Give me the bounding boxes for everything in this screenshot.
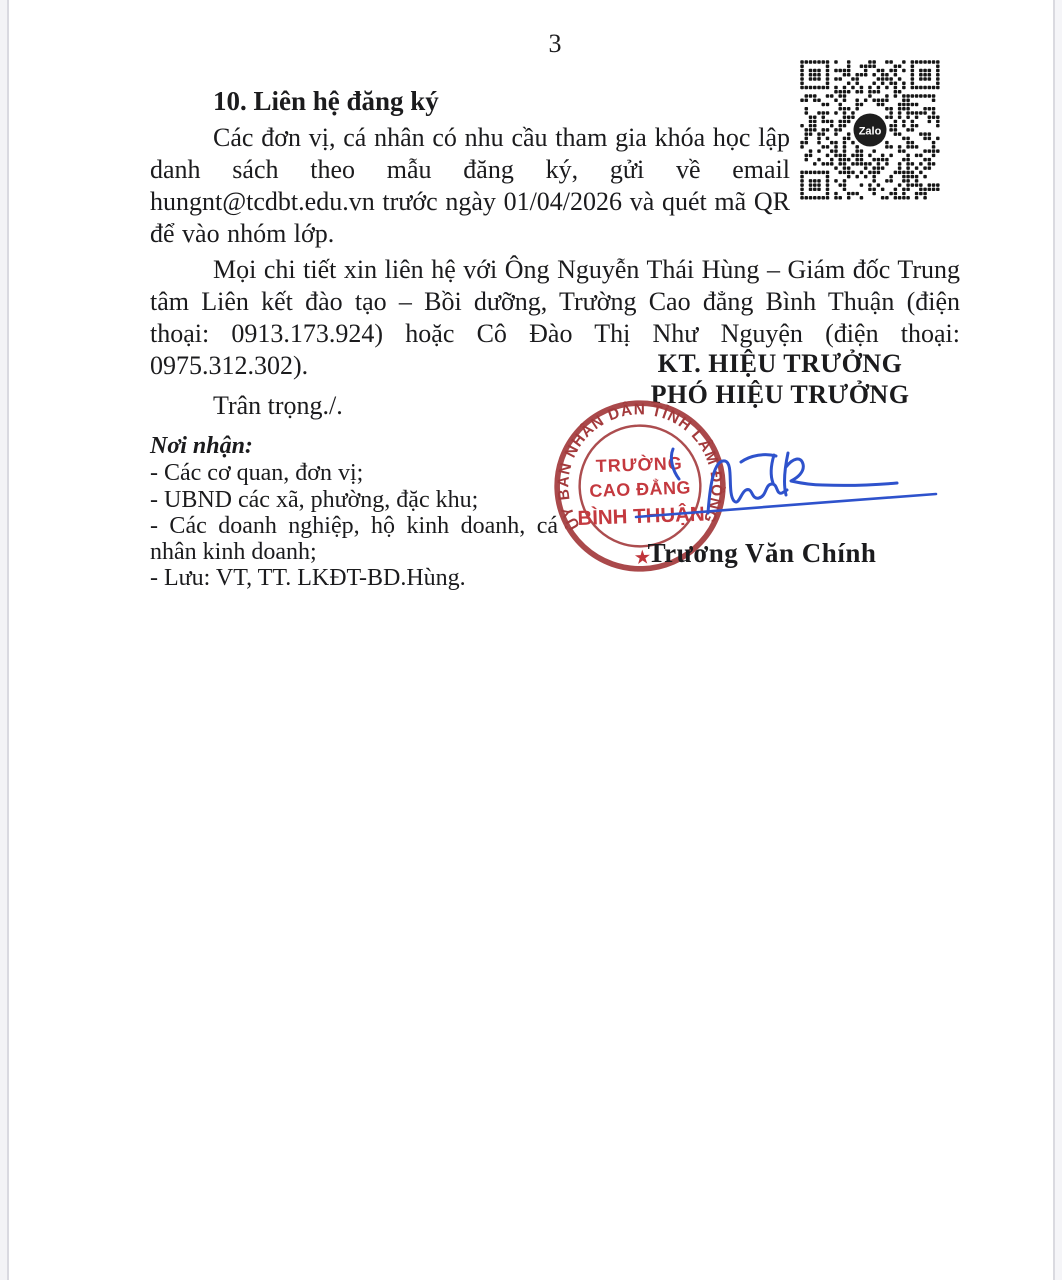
recipient-item: - UBND các xã, phường, đặc khu; [150,488,558,514]
scan-edge-right [1053,0,1062,1280]
recipients-label: Nơi nhận: [150,432,558,460]
signature-underline [636,494,936,517]
signature-stroke [741,455,776,462]
recipient-item: - Các cơ quan, đơn vị; [150,461,558,487]
recipient-item: - Các doanh nghiệp, hộ kinh doanh, cá nh… [150,514,558,565]
signature-stroke [785,453,897,495]
recipient-item: - Lưu: VT, TT. LKĐT-BD.Hùng. [150,566,558,592]
recipients-list: Nơi nhận: - Các cơ quan, đơn vị; - UBND … [150,432,558,592]
section-heading: 10. Liên hệ đăng ký [213,84,960,118]
document-page: Zalo 3 10. Liên hệ đăng ký Các đơn vị, c… [0,0,1062,1280]
signature-stroke [671,449,679,479]
scan-edge-left [0,0,9,1280]
signer-name: Trương Văn Chính [562,538,962,569]
page-number: 3 [150,0,960,60]
paragraph-registration: Các đơn vị, cá nhân có nhu cầu tham gia … [150,122,790,250]
signature-stroke [771,455,774,483]
signature-scribble [628,423,968,533]
signer-title-line-1: KT. HIỆU TRƯỞNG [580,348,980,379]
